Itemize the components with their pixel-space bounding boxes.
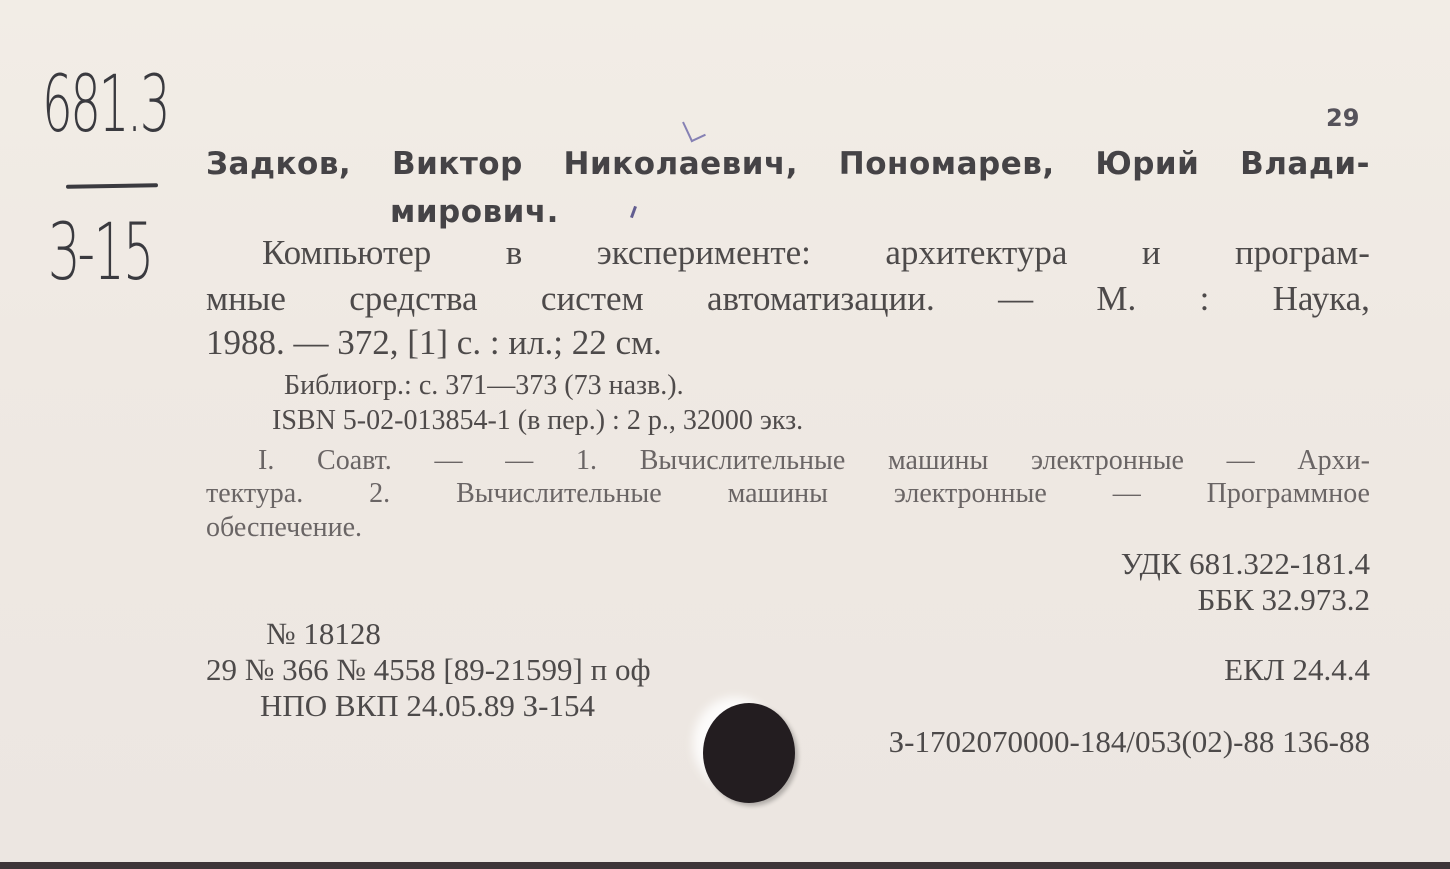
heading-word: Виктор [392, 146, 523, 182]
heading-word: Влади- [1240, 146, 1370, 182]
subject-word: Вычислительные [456, 478, 662, 510]
title-word: систем [541, 279, 644, 319]
subject-word: Архи- [1297, 445, 1370, 477]
title-line-2: мные средства систем автоматизации. — М.… [206, 279, 1370, 319]
subject-word: электронные [1031, 445, 1184, 477]
subject-word: машины [728, 478, 828, 510]
title-word: и [1142, 233, 1161, 273]
heading-word: Задков, [206, 146, 351, 182]
ekl-code: ЕКЛ 24.4.4 [1224, 652, 1370, 688]
udk-code: УДК 681.322-181.4 [1121, 546, 1370, 582]
catalog-card: 681.3 З-15 29 Задков, Виктор Николаевич,… [0, 0, 1450, 862]
bbk-code: ББК 32.973.2 [1197, 582, 1370, 618]
title-word: архитектура [885, 233, 1067, 273]
subject-word: Соавт. [317, 445, 392, 477]
card-number: 29 [1326, 104, 1359, 132]
subject-word: машины [888, 445, 988, 477]
title-word: М. [1096, 279, 1136, 319]
title-word: средства [349, 279, 477, 319]
publisher-code-line: З-1702070000-184/053(02)-88 136-88 [889, 724, 1370, 760]
title-word: програм- [1235, 233, 1370, 273]
subjects-line-2: тектура. 2. Вычислительные машины электр… [206, 478, 1370, 510]
shelfmark-divider [66, 183, 158, 189]
subjects-line-1: I. Соавт. — — 1. Вычислительные машины э… [258, 445, 1370, 477]
title-line-1: Компьютер в эксперименте: архитектура и … [262, 233, 1370, 273]
subject-word: тектура. [206, 478, 303, 510]
subject-word: — [1113, 478, 1141, 510]
ink-correction-mark [682, 116, 706, 143]
title-word: эксперименте: [597, 233, 811, 273]
heading-word: Николаевич, [564, 146, 799, 182]
author-heading-line-1: Задков, Виктор Николаевич, Пономарев, Юр… [206, 146, 1370, 182]
imprint-line: 1988. — 372, [1] с. : ил.; 22 см. [206, 323, 662, 363]
title-word: Компьютер [262, 233, 431, 273]
title-word: Наука, [1273, 279, 1370, 319]
title-word: : [1200, 279, 1210, 319]
subject-word: Программное [1207, 478, 1370, 510]
title-word: автоматизации. [707, 279, 935, 319]
heading-word: Юрий [1095, 146, 1199, 182]
classification-number: 681.3 [42, 60, 168, 150]
subject-word: — [435, 445, 463, 477]
subject-word: — [505, 445, 533, 477]
npo-line: НПО ВКП 24.05.89 З-154 [260, 688, 595, 724]
print-info: 29 № 366 № 4558 [89-21599] п оф [206, 652, 651, 688]
subject-word: электронные [894, 478, 1047, 510]
title-word: в [506, 233, 523, 273]
ink-dot [630, 206, 637, 218]
bibliography-note: Библиогр.: с. 371—373 (73 назв.). [284, 370, 684, 402]
subject-word: — [1227, 445, 1255, 477]
subject-word: 1. [576, 445, 597, 477]
card-bottom-edge [0, 862, 1450, 869]
subject-word: I. [258, 445, 274, 477]
subjects-line-3: обеспечение. [206, 512, 362, 544]
author-mark: З-15 [48, 208, 153, 298]
title-word: мные [206, 279, 286, 319]
subject-word: 2. [369, 478, 390, 510]
subject-word: Вычислительные [640, 445, 846, 477]
isbn-line: ISBN 5-02-013854-1 (в пер.) : 2 р., 3200… [272, 405, 803, 437]
handwritten-shelfmark: 681.3 З-15 [40, 60, 200, 320]
title-word: — [998, 279, 1033, 319]
punch-hole [703, 703, 795, 803]
heading-word: Пономарев, [839, 146, 1055, 182]
author-heading-line-2: мирович. [390, 194, 559, 230]
order-number: № 18128 [266, 616, 381, 652]
